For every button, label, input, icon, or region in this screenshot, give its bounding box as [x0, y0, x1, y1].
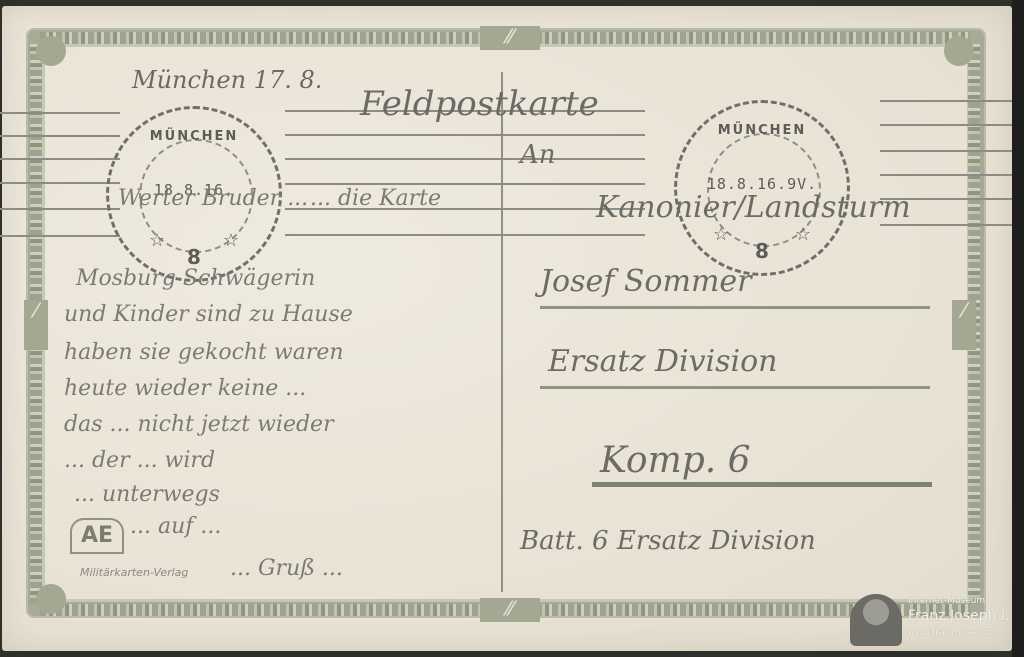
- postmark-town: MÜNCHEN: [109, 129, 279, 144]
- cancel-line: [880, 174, 1012, 176]
- address-line-5: Batt. 6 Ersatz Division: [520, 526, 816, 556]
- message-line: Werter Bruder ...: [118, 186, 308, 211]
- address-rule-bold: [592, 482, 932, 487]
- message-line: ... auf ...: [130, 514, 221, 539]
- scan-edge: [1012, 0, 1024, 657]
- cancel-line: [0, 135, 120, 137]
- center-divider: [501, 72, 503, 592]
- message-line: ... Gruß ...: [230, 556, 343, 581]
- cancel-line: [285, 158, 645, 160]
- address-line-1: Kanonier/Landsturm: [596, 190, 911, 225]
- postmark-number: 8: [677, 239, 847, 263]
- place-date: München 17. 8.: [132, 66, 322, 94]
- cancel-line: [0, 112, 120, 114]
- museum-watermark: Internet-Museum Franz Joseph I. www.fran…: [848, 592, 1016, 648]
- cancel-line: [880, 150, 1012, 152]
- publisher-logo: AE: [70, 518, 124, 554]
- address-rule: [540, 386, 930, 389]
- corner-ornament: [944, 36, 974, 66]
- message-line: heute wieder keine ...: [64, 376, 306, 401]
- address-rule: [540, 306, 930, 309]
- cancel-line: [0, 182, 120, 184]
- cancel-line: [0, 235, 120, 237]
- message-line: Mosburg Schwägerin: [76, 266, 315, 291]
- watermark-line-3: www.franz-josef.cz: [908, 628, 991, 638]
- cancel-line: [285, 134, 645, 136]
- portrait-icon: [850, 594, 902, 646]
- address-line-3: Ersatz Division: [548, 344, 777, 379]
- corner-ornament: [36, 36, 66, 66]
- printer-line: Militärkarten-Verlag: [80, 566, 188, 579]
- watermark-line-2: Franz Joseph I.: [908, 608, 1009, 624]
- address-line-4: Komp. 6: [600, 440, 751, 481]
- card-title-handwritten: Feldpostkarte: [360, 84, 599, 124]
- message-line: haben sie gekocht waren: [64, 340, 344, 365]
- cancel-line: [880, 100, 1012, 102]
- address-salutation: An: [520, 140, 556, 170]
- cancel-line: [880, 124, 1012, 126]
- message-line: ... der ... wird: [64, 448, 215, 473]
- corner-ornament: [36, 584, 66, 614]
- postmark-town: MÜNCHEN: [677, 123, 847, 138]
- cancel-line: [0, 158, 120, 160]
- message-line: das ... nicht jetzt wieder: [64, 412, 334, 437]
- message-line: und Kinder sind zu Hause: [64, 302, 353, 327]
- postmark-right: MÜNCHEN 18.8.16.9V. ☆ ☆ 8: [674, 100, 850, 276]
- cancel-line: [0, 208, 120, 210]
- message-line: ... die Karte: [310, 186, 441, 211]
- cancel-line: [285, 234, 645, 236]
- watermark-line-1: Internet-Museum: [908, 596, 985, 606]
- message-line: ... unterwegs: [74, 482, 220, 507]
- cancel-line: [285, 183, 645, 185]
- ribbon-knot-bottom: ⁄⁄: [480, 598, 540, 622]
- address-line-2: Josef Sommer: [540, 264, 751, 299]
- ribbon-knot-top: ⁄⁄: [480, 26, 540, 50]
- ribbon-knot-right: ⁄: [952, 300, 976, 350]
- ribbon-knot-left: ⁄: [24, 300, 48, 350]
